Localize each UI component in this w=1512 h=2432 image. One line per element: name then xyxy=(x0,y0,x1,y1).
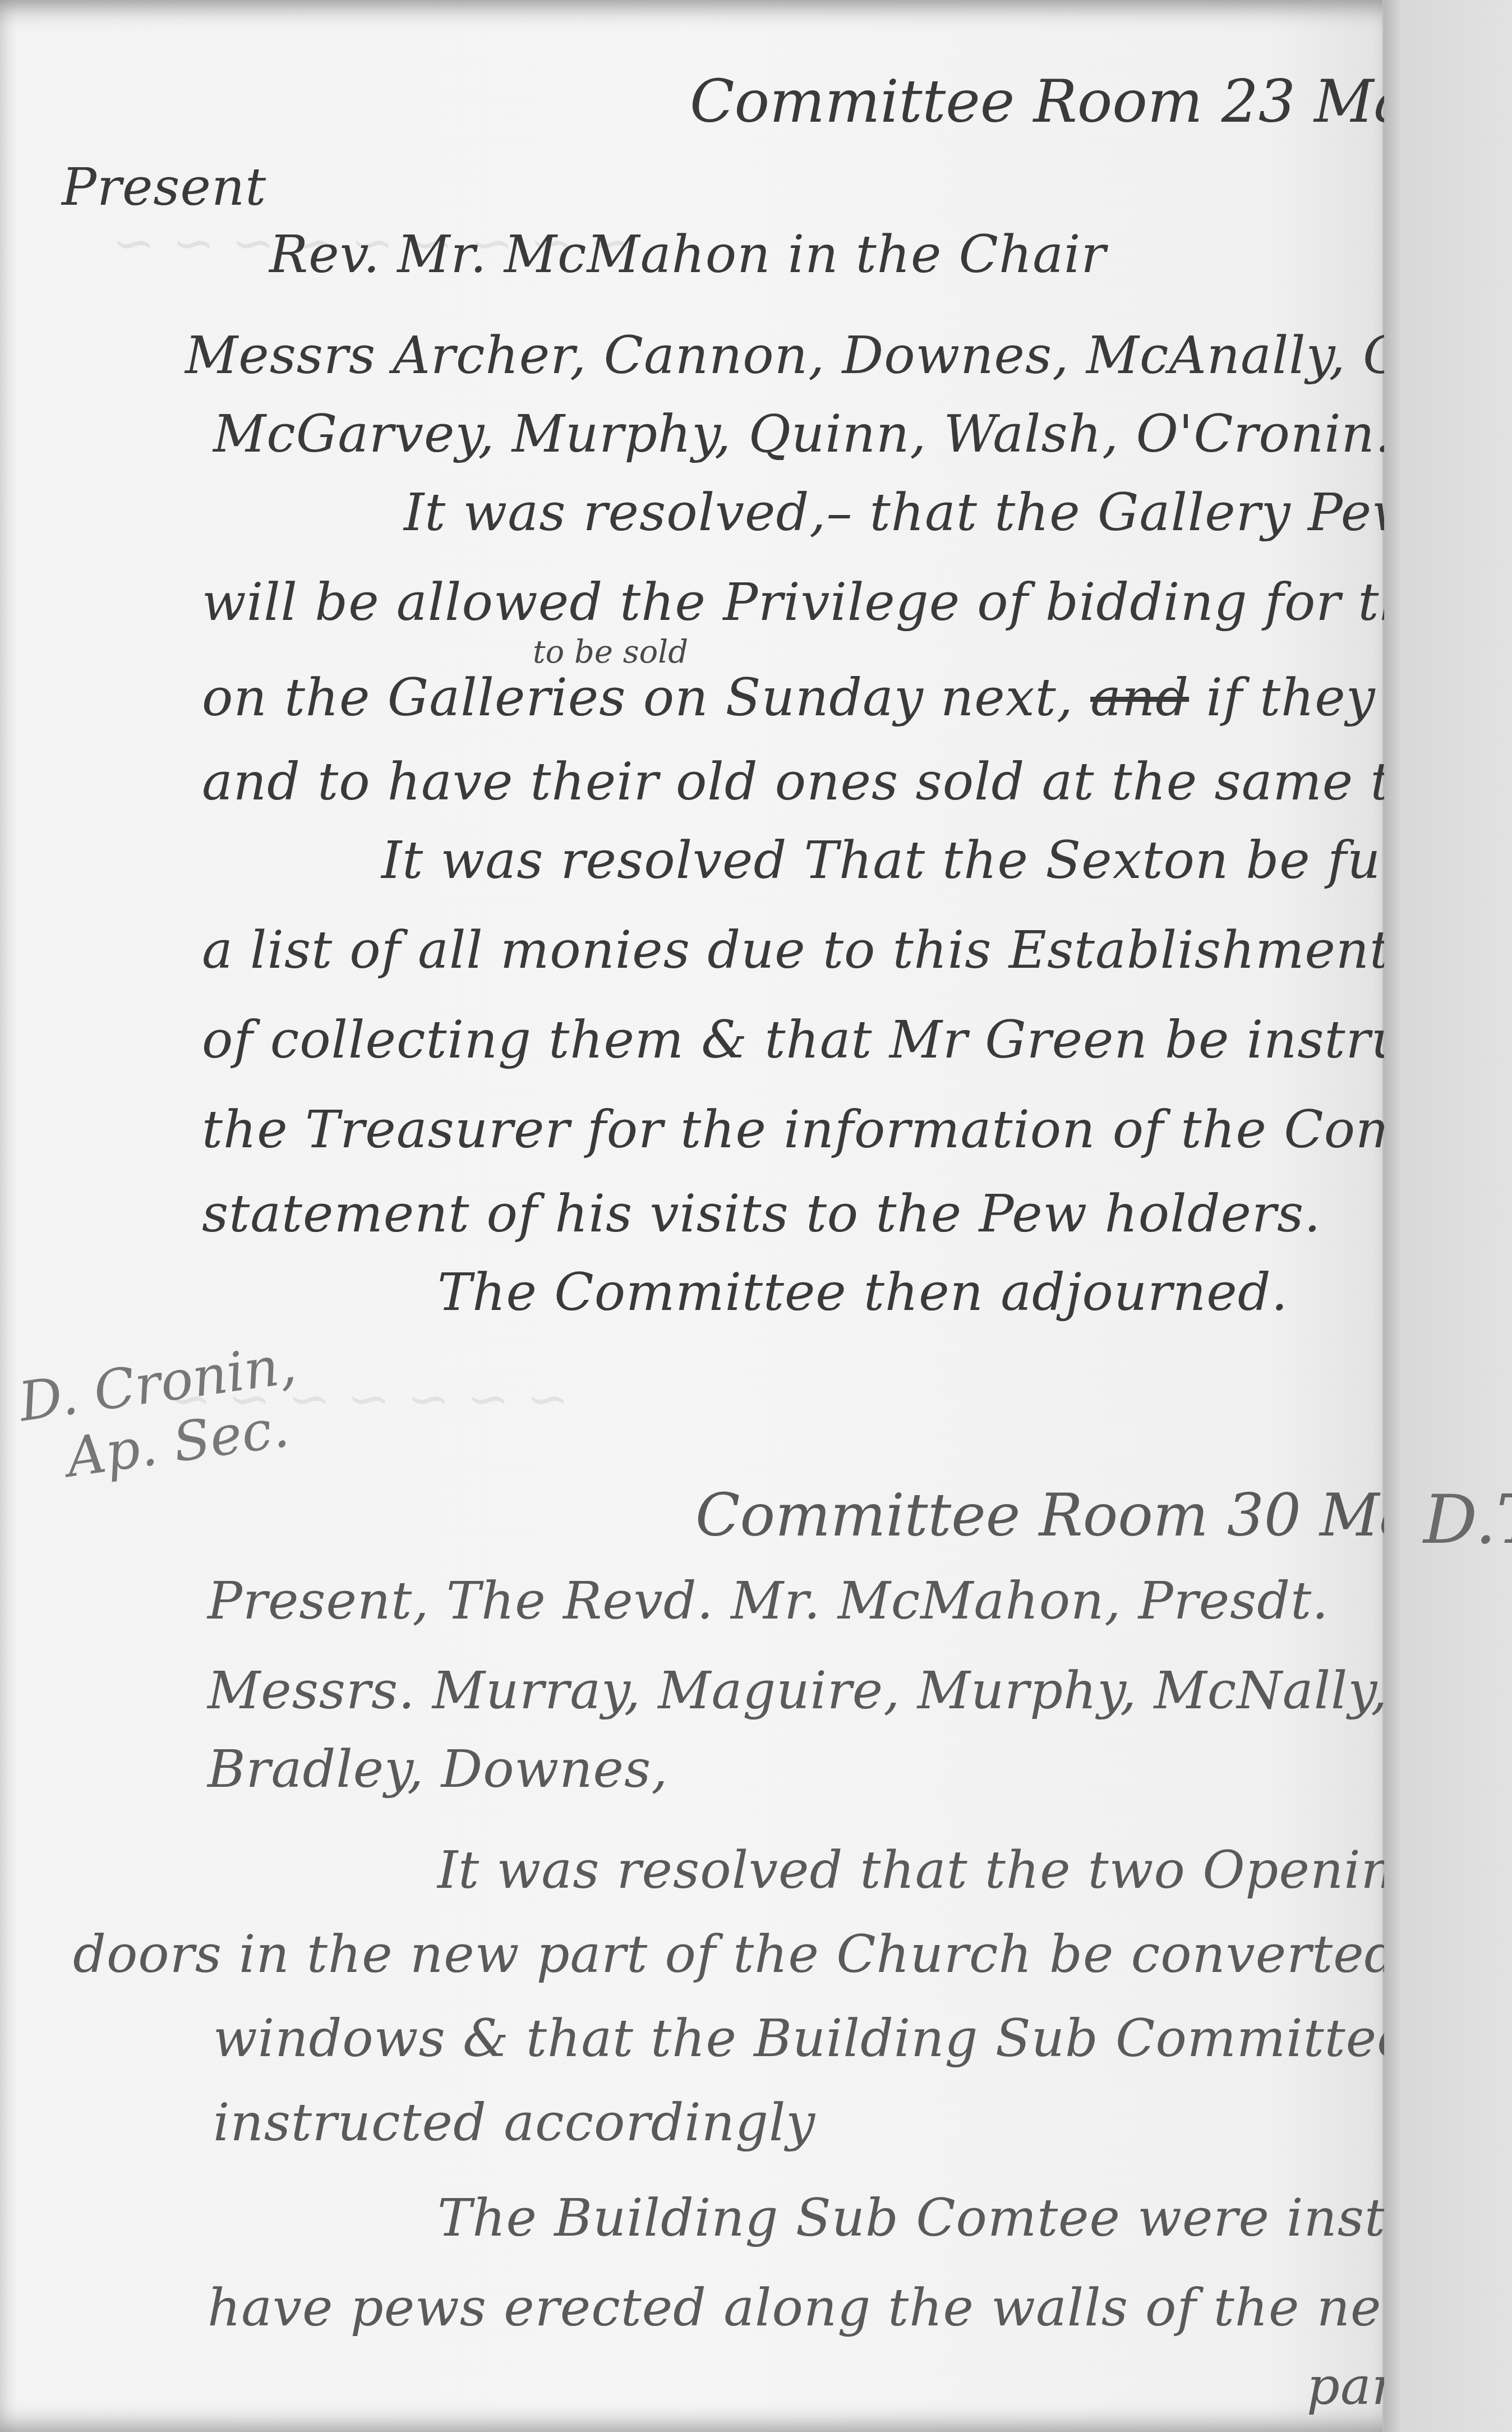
resolution-1-line-2: will be allowed the Privilege of bidding… xyxy=(202,572,1512,632)
resolution-2-line-1: It was resolved That the Sexton be furni… xyxy=(381,830,1512,890)
resolution-2-line-5: statement of his visits to the Pew holde… xyxy=(202,1184,1321,1244)
margin-signature: D. Cronin, Ap. Sec. xyxy=(15,1334,308,1495)
members-line-2-1: Messrs. Murray, Maguire, Murphy, McNally… xyxy=(208,1661,1512,1721)
struck-word: and xyxy=(1090,668,1189,728)
resolution-3-line-3: windows & that the Building Sub Committe… xyxy=(213,2008,1490,2068)
adjournment-line: The Committee then adjourned. xyxy=(437,1262,1288,1322)
resolution-2-line-2: a list of all monies due to this Establi… xyxy=(202,920,1512,980)
facing-page-edge: D.T. xyxy=(1384,0,1512,2432)
insertion-to-be-sold: to be sold xyxy=(533,634,688,670)
resolution-2-line-4: the Treasurer for the information of the… xyxy=(202,1100,1512,1160)
resolution-1-line-3: on the Galleries on Sunday next, and if … xyxy=(202,668,1512,728)
present-label: Present xyxy=(62,157,266,217)
members-line-2: McGarvey, Murphy, Quinn, Walsh, O'Cronin… xyxy=(213,404,1392,464)
resolution-2-line-3: of collecting them & that Mr Green be in… xyxy=(202,1010,1512,1070)
resolution-1-line-1: It was resolved,– that the Gallery Pew h… xyxy=(404,482,1512,543)
facing-page-fragment: D.T. xyxy=(1423,1481,1512,1559)
resolution-3-line-1: It was resolved that the two Openings fo… xyxy=(437,1840,1512,1900)
resolution-4-line-2: have pews erected along the walls of the… xyxy=(208,2278,1426,2338)
manuscript-page: ~ ~ ~ ~ ~ ~ ~ ~ ~ ~ ~ ~ ~ ~ ~ ~ Committe… xyxy=(0,0,1384,2432)
resolution-3-line-4: instructed accordingly xyxy=(213,2093,815,2153)
chair-line: Rev. Mr. McMahon in the Chair xyxy=(269,224,1106,284)
members-line-1: Messrs Archer, Cannon, Downes, McAnally,… xyxy=(185,325,1512,385)
resolution-1-line-4: and to have their old ones sold at the s… xyxy=(202,752,1490,812)
resolution-1-line-3a: on the Galleries on Sunday next, xyxy=(202,668,1090,728)
resolution-3-line-2: doors in the new part of the Church be c… xyxy=(73,1924,1512,1984)
present-line-2: Present, The Revd. Mr. McMahon, Presdt. xyxy=(208,1571,1329,1631)
members-line-2-2: Bradley, Downes, xyxy=(208,1739,669,1799)
resolution-4-line-1: The Building Sub Comtee were instructed … xyxy=(437,2188,1512,2248)
